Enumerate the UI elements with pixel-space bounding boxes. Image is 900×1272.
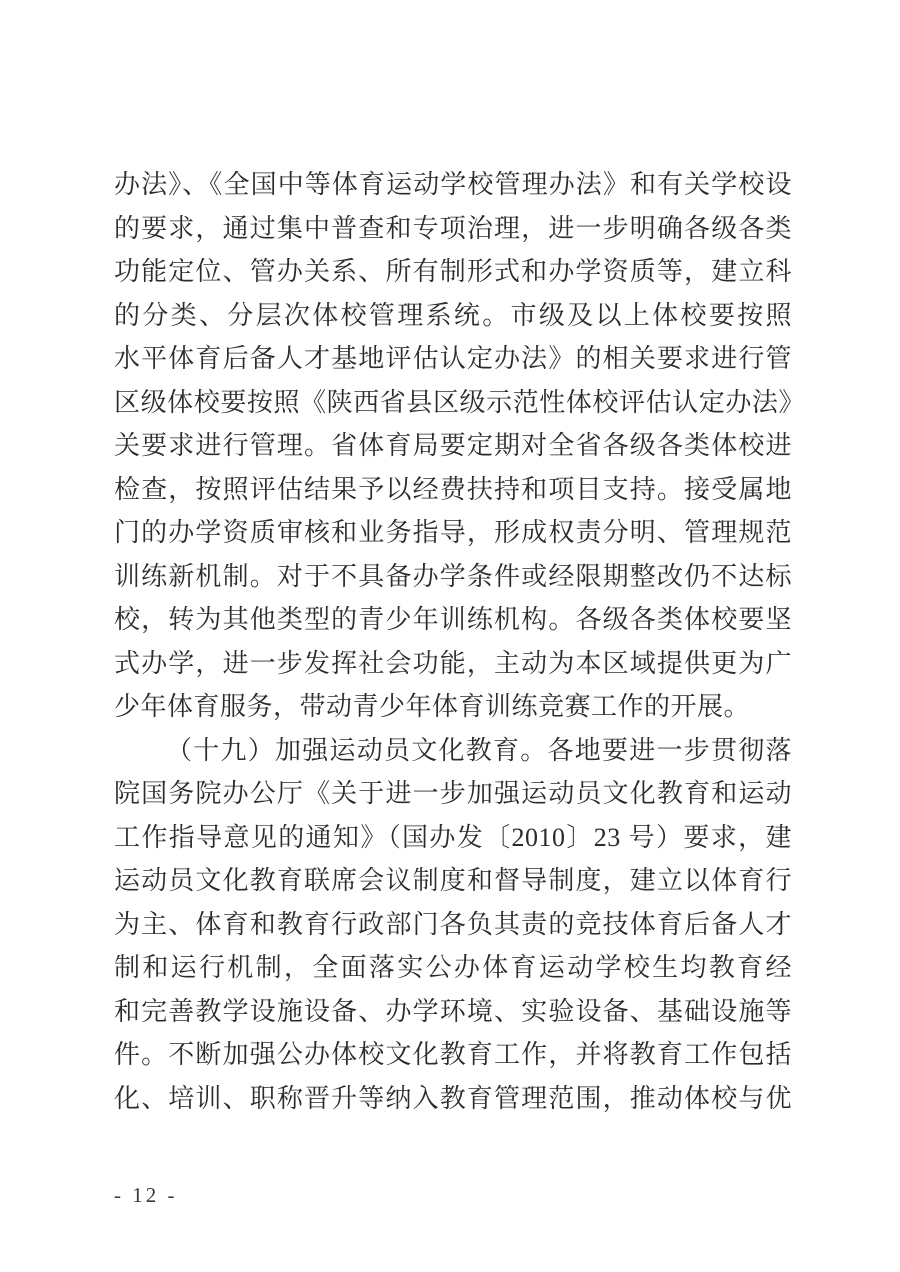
text-line: 运动员文化教育联席会议制度和督导制度，建立以体育行政部门 xyxy=(114,859,792,903)
text-line: 训练新机制。对于不具备办学条件或经限期整改仍不达标的体 xyxy=(114,555,792,599)
section-19-heading-line: （十九）加强运动员文化教育。各地要进一步贯彻落实国务 xyxy=(114,729,792,773)
text-line: 和完善教学设施设备、办学环境、实验设备、基础设施等办学条 xyxy=(114,990,792,1034)
document-page: 办法》、《全国中等体育运动学校管理办法》和有关学校设置标准 的要求，通过集中普查… xyxy=(0,0,900,1272)
text-line: 件。不断加强公办体校文化教育工作，并将教育工作包括体校文 xyxy=(114,1033,792,1077)
text-line: 院国务院办公厅《关于进一步加强运动员文化教育和运动员保障 xyxy=(114,772,792,816)
text-line: 办法》、《全国中等体育运动学校管理办法》和有关学校设置标准 xyxy=(114,163,792,207)
text-block: 办法》、《全国中等体育运动学校管理办法》和有关学校设置标准 的要求，通过集中普查… xyxy=(114,163,792,1120)
text-line: 为主、体育和教育行政部门各负其责的竞技体育后备人才管理体 xyxy=(114,903,792,947)
page-number: - 12 - xyxy=(114,1183,178,1208)
text-line: 工作指导意见的通知》（国办发〔2010〕23 号）要求，建立健全 xyxy=(114,816,792,860)
text-line: 门的办学资质审核和业务指导，形成权责分明、管理规范的教学、 xyxy=(114,511,792,555)
text-line: 校，转为其他类型的青少年训练机构。各级各类体校要坚持开放 xyxy=(114,598,792,642)
text-line: 式办学，进一步发挥社会功能，主动为本区域提供更为广泛的青 xyxy=(114,642,792,686)
text-line: 的要求，通过集中普查和专项治理，进一步明确各级各类体校的 xyxy=(114,207,792,251)
text-line: 检查，按照评估结果予以经费扶持和项目支持。接受属地教育部 xyxy=(114,468,792,512)
text-line: 水平体育后备人才基地评估认定办法》的相关要求进行管理，县 xyxy=(114,337,792,381)
paragraph-end-line: 少年体育服务，带动青少年体育训练竞赛工作的开展。 xyxy=(114,685,792,729)
text-line: 关要求进行管理。省体育局要定期对全省各级各类体校进行评估 xyxy=(114,424,792,468)
text-line: 制和运行机制，全面落实公办体育运动学校生均教育经费，保障 xyxy=(114,946,792,990)
text-line: 化、培训、职称晋升等纳入教育管理范围，推动体校与优质中小 xyxy=(114,1077,792,1121)
text-line: 区级体校要按照《陕西省县区级示范性体校评估认定办法》的相 xyxy=(114,381,792,425)
text-line: 的分类、分层次体校管理系统。市级及以上体校要按照《国家高 xyxy=(114,294,792,338)
text-line: 功能定位、管办关系、所有制形式和办学资质等，建立科学完备 xyxy=(114,250,792,294)
